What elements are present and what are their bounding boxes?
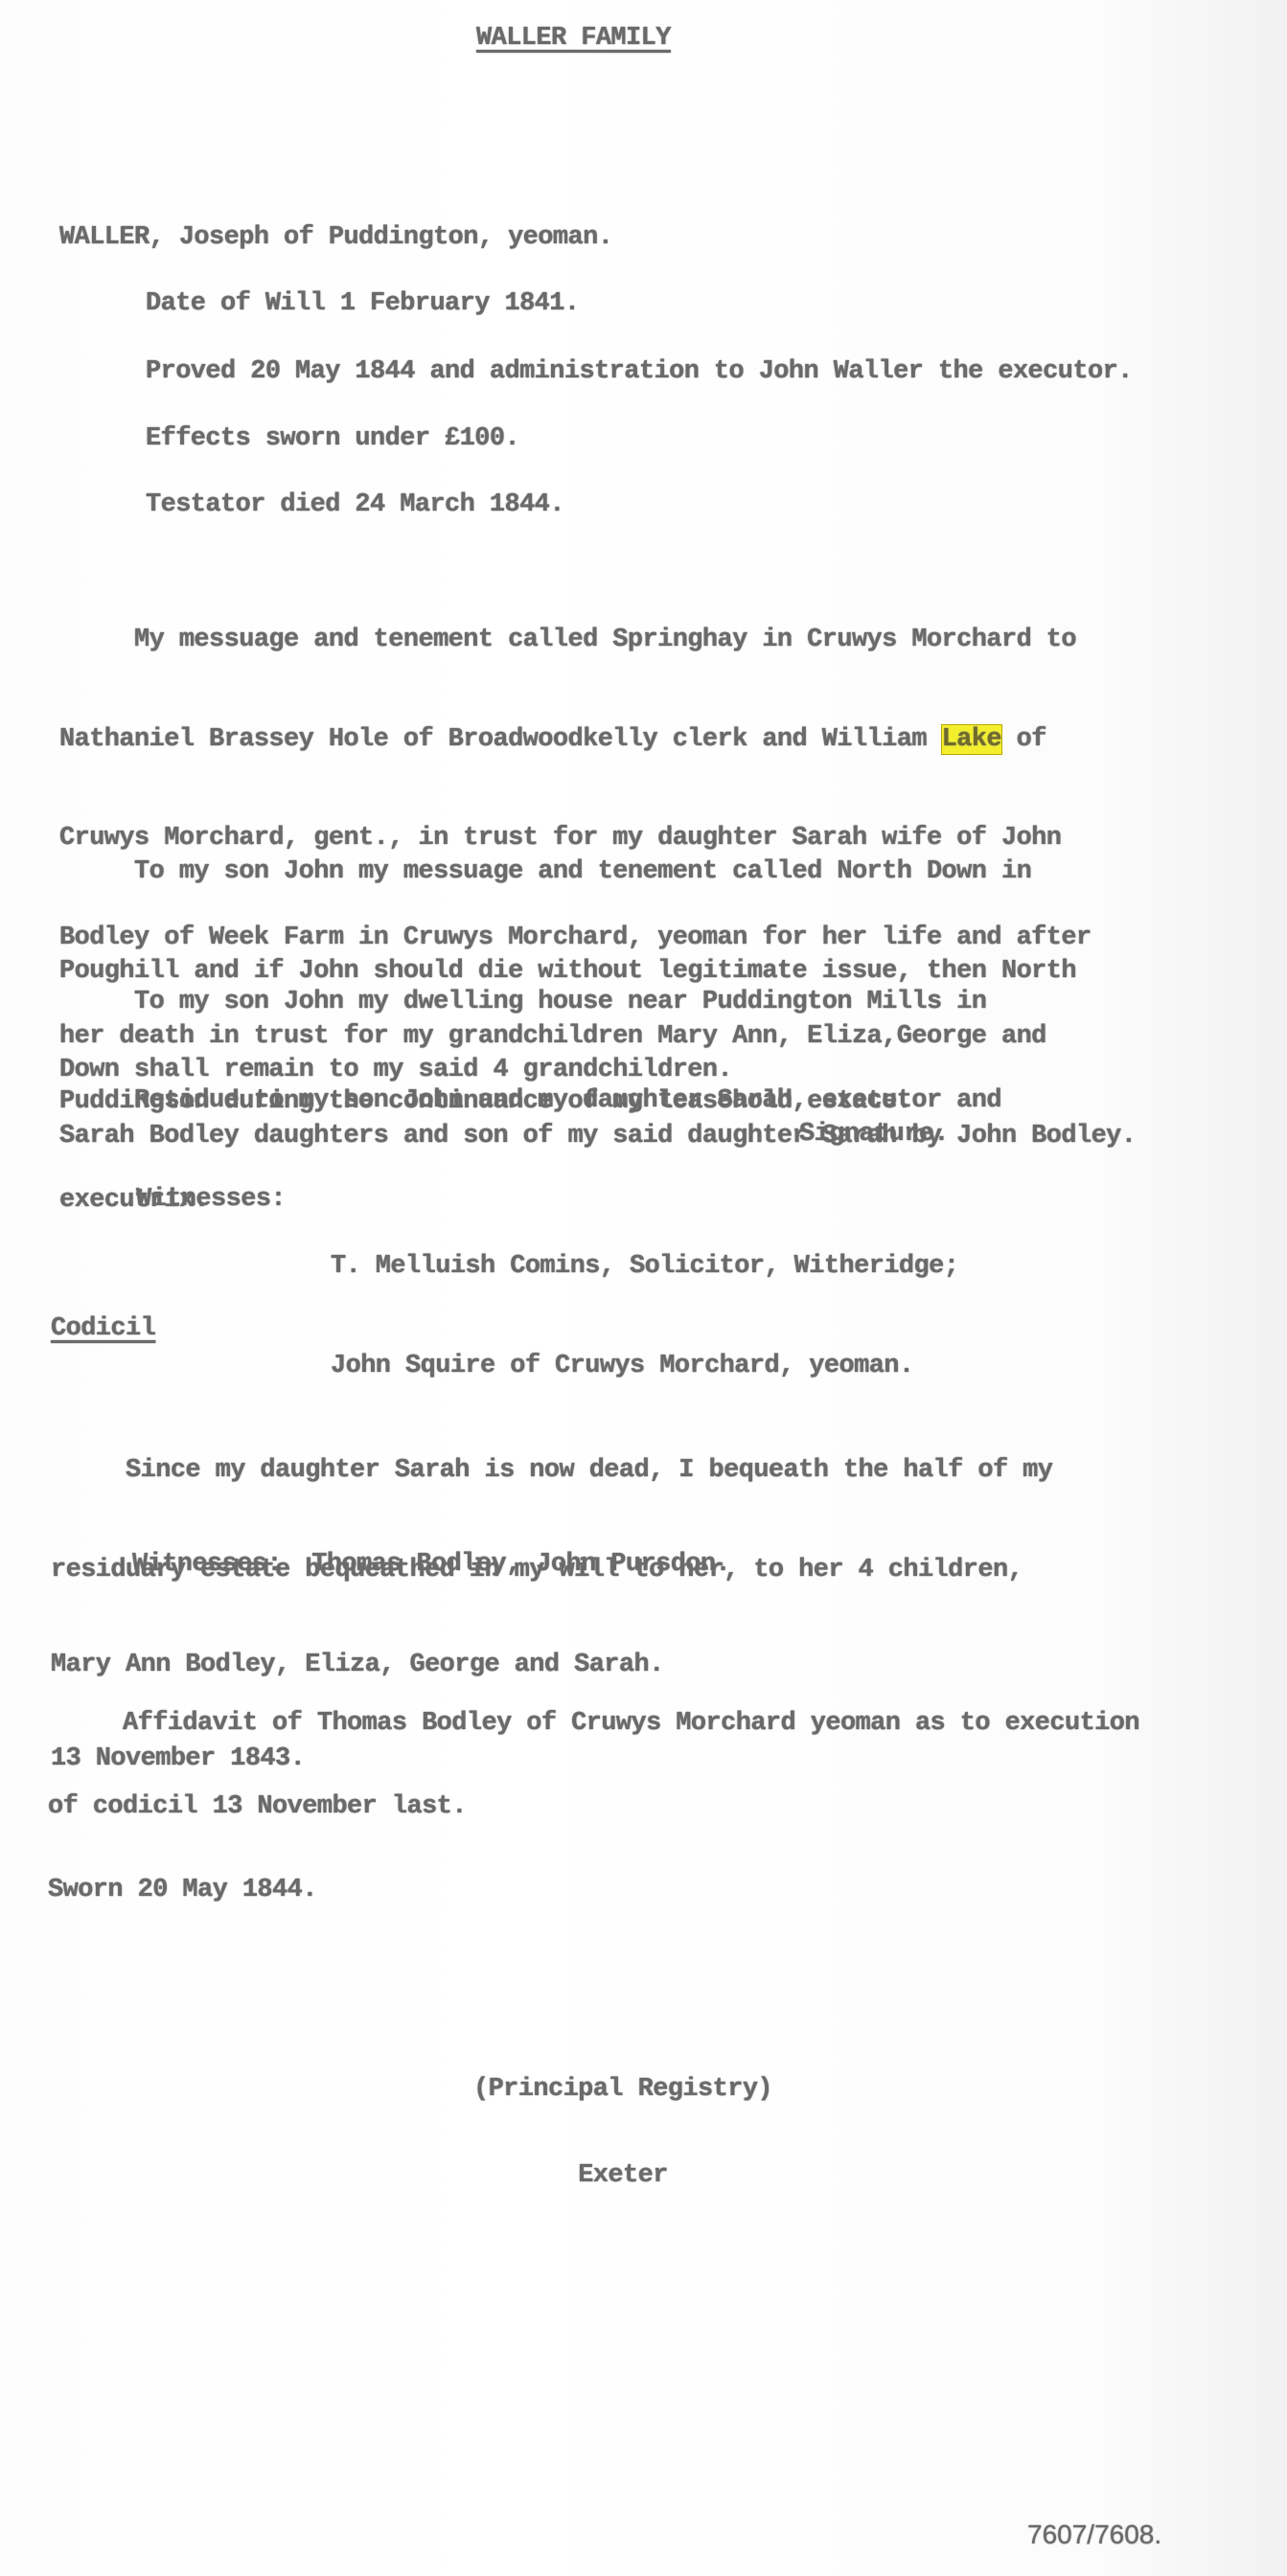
- codicil-heading: Codicil: [51, 1313, 155, 1344]
- registry-block: (Principal Registry) Exeter: [450, 2017, 795, 2247]
- bequest-line: To my son John my messuage and tenement …: [59, 855, 1076, 889]
- witness-line: T. Melluish Comins, Solicitor, Witheridg…: [331, 1250, 958, 1284]
- probate-info: Proved 20 May 1844 and administration to…: [146, 356, 1133, 387]
- registry-name: (Principal Registry): [450, 2075, 795, 2104]
- affidavit-line: Sworn 20 May 1844.: [48, 1877, 1139, 1904]
- codicil-line: Since my daughter Sarah is now dead, I b…: [51, 1454, 1052, 1488]
- codicil-witnesses: Witnesses: Thomas Bodley, John Pursdon.: [132, 1549, 730, 1580]
- entry-heading: WALLER, Joseph of Puddington, yeoman.: [59, 222, 612, 253]
- bequest-line: My messuage and tenement called Springha…: [59, 624, 1136, 657]
- highlighted-word-lake[interactable]: Lake: [942, 725, 1001, 754]
- affidavit-line: of codicil 13 November last.: [48, 1793, 1139, 1821]
- document-page: WALLER FAMILY WALLER, Joseph of Puddingt…: [0, 0, 1287, 2576]
- registry-city: Exeter: [450, 2161, 795, 2190]
- effects-value: Effects sworn under £100.: [146, 423, 519, 454]
- affidavit: Affidavit of Thomas Bodley of Cruwys Mor…: [48, 1654, 1139, 1960]
- will-date: Date of Will 1 February 1841.: [146, 288, 579, 319]
- death-date: Testator died 24 March 1844.: [146, 490, 564, 520]
- affidavit-line: Affidavit of Thomas Bodley of Cruwys Mor…: [48, 1710, 1139, 1738]
- witnesses-label: Witnesses:: [136, 1184, 286, 1215]
- text-run: of: [1001, 725, 1046, 754]
- document-title: WALLER FAMILY: [476, 23, 671, 54]
- reference-number: 7607/7608.: [1027, 2519, 1161, 2550]
- bequest-line: To my son John my dwelling house near Pu…: [59, 986, 986, 1019]
- bequest-line: Nathaniel Brassey Hole of Broadwoodkelly…: [59, 723, 1136, 757]
- signature-label: Signature.: [799, 1119, 949, 1150]
- residue-line: Residue to my son John and my daughter S…: [59, 1084, 1001, 1118]
- witness-line: John Squire of Cruwys Morchard, yeoman.: [331, 1350, 958, 1383]
- text-run: Nathaniel Brassey Hole of Broadwoodkelly…: [59, 725, 942, 754]
